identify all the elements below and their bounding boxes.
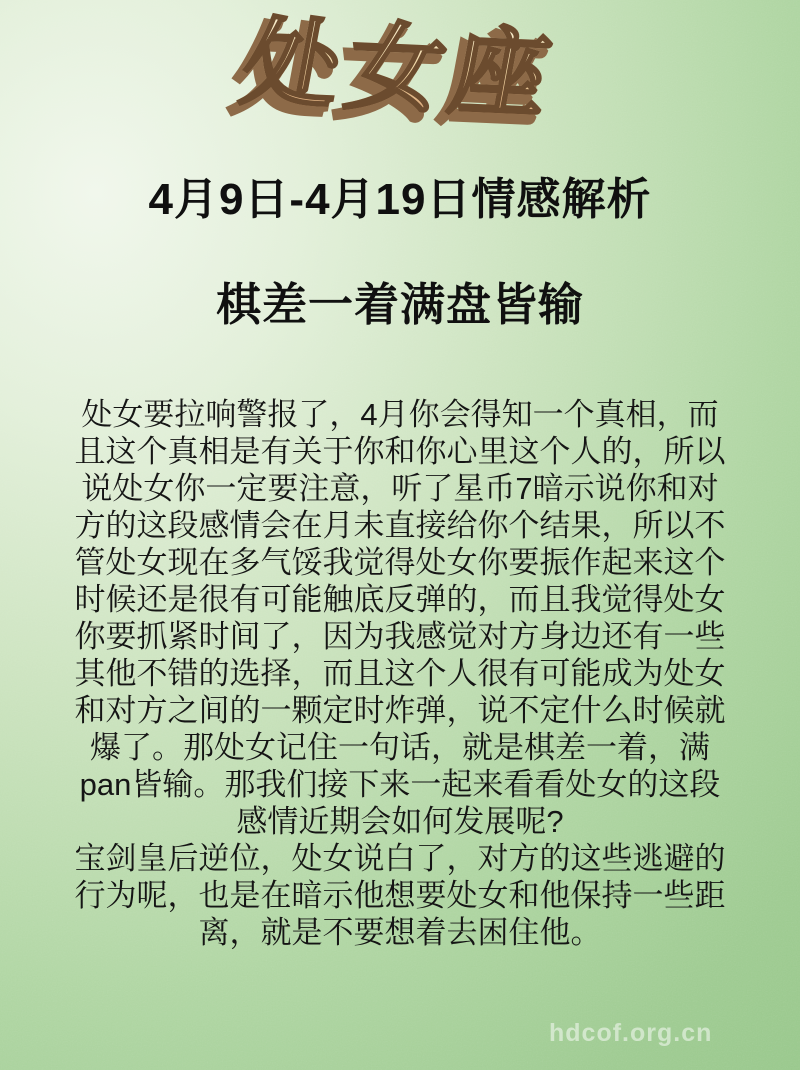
body-line: 方的这段感情会在月未直接给你个结果，所以不 <box>42 507 758 544</box>
body-line: 管处女现在多气馁我觉得处女你要振作起来这个 <box>42 544 758 581</box>
proverb-heading: 棋差一着满盘皆输 <box>0 268 800 333</box>
zodiac-title-inner: 处女座 处女座 <box>235 14 565 128</box>
body-line: 爆了。那处女记住一句话，就是棋差一着，满 <box>42 729 758 766</box>
body-line: 你要抓紧时间了，因为我感觉对方身边还有一些 <box>42 618 758 655</box>
zodiac-title: 处女座 处女座 <box>0 20 800 121</box>
body-line: pan皆输。那我们接下来一起来看看处女的这段 <box>42 766 758 803</box>
horoscope-body-text: 处女要拉响警报了，4月你会得知一个真相，而且这个真相是有关于你和你心里这个人的，… <box>42 396 758 951</box>
body-line: 其他不错的选择，而且这个人很有可能成为处女 <box>42 655 758 692</box>
body-line: 感情近期会如何发展呢? <box>42 803 758 840</box>
date-range-subtitle: 4月9日-4月19日情感解析 <box>0 163 800 227</box>
body-line: 离，就是不要想着去困住他。 <box>42 914 758 951</box>
zodiac-title-text: 处女座 <box>234 10 565 130</box>
body-line: 行为呢，也是在暗示他想要处女和他保持一些距 <box>42 877 758 914</box>
watermark: hdcof.org.cn <box>549 1019 712 1048</box>
body-line: 说处女你一定要注意，听了星币7暗示说你和对 <box>42 470 758 507</box>
body-line: 时候还是很有可能触底反弹的，而且我觉得处女 <box>42 581 758 618</box>
horoscope-poster: 处女座 处女座 4月9日-4月19日情感解析 棋差一着满盘皆输 处女要拉响警报了… <box>0 0 800 1070</box>
body-line: 处女要拉响警报了，4月你会得知一个真相，而 <box>42 396 758 433</box>
body-line: 和对方之间的一颗定时炸弹，说不定什么时候就 <box>42 692 758 729</box>
body-line: 宝剑皇后逆位，处女说白了，对方的这些逃避的 <box>42 840 758 877</box>
body-line: 且这个真相是有关于你和你心里这个人的，所以 <box>42 433 758 470</box>
